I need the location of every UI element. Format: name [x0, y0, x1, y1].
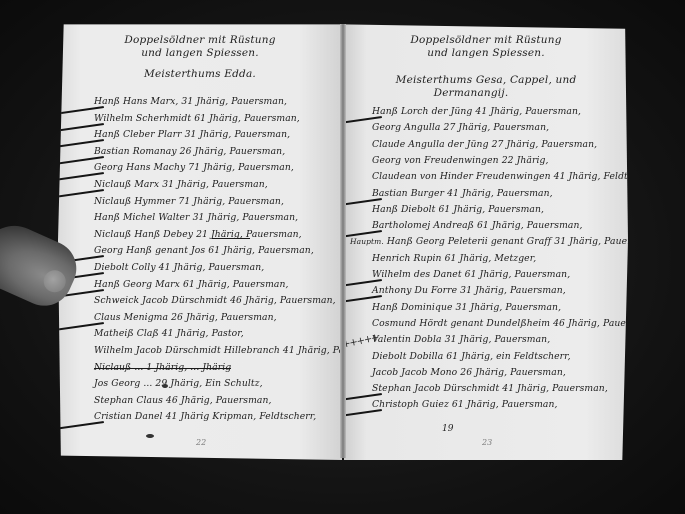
roll-entry: Stephan Jacob Dürschmidt 41 Jhärig, Paue… [372, 383, 608, 400]
entry-text: Georg Angulla 27 Jhärig, Pauersman, [372, 122, 549, 133]
entry-text: Diebolt Colly 41 Jhärig, Pauersman, [94, 262, 264, 273]
right-folio-mark: 23 [482, 438, 492, 447]
roll-entry: Georg Angulla 27 Jhärig, Pauersman, [372, 122, 549, 139]
roll-entry: Matheiß Claß 41 Jhärig, Pastor, [94, 328, 244, 345]
roll-entry: Jacob Jacob Mono 26 Jhärig, Pauersman, [372, 367, 566, 384]
entry-text: Claude Angulla der Jüng 27 Jhärig, Pauer… [372, 139, 597, 150]
entry-text: Anthony Du Forre 31 Jhärig, Pauersman, [372, 285, 566, 296]
entry-text: Bastian Romanay 26 Jhärig, Pauersman, [94, 146, 285, 157]
entry-text: Hanß Hans Marx, 31 Jhärig, Pauersman, [94, 96, 287, 107]
roll-entry: Diebolt Dobilla 61 Jhärig, ein Feldtsche… [372, 351, 571, 368]
roll-entry: Hanß Georg Marx 61 Jhärig, Pauersman, [94, 279, 289, 296]
roll-entry: Georg Hans Machy 71 Jhärig, Pauersman, [94, 162, 294, 179]
entry-text: Jacob Jacob Mono 26 Jhärig, Pauersman, [372, 367, 566, 378]
roll-entry: Anthony Du Forre 31 Jhärig, Pauersman, [372, 285, 566, 302]
entry-text: Hanß Diebolt 61 Jhärig, Pauersman, [372, 204, 544, 215]
roll-entry: Niclauß ... 1 Jhärig, ... Jhärig [94, 362, 231, 379]
entry-text: Christoph Guiez 61 Jhärig, Pauersman, [372, 399, 558, 410]
entry-text: Cristian Danel 41 Jhärig Kripman, Feldts… [94, 411, 316, 422]
roll-entry: Hanß Michel Walter 31 Jhärig, Pauersman, [94, 212, 298, 229]
entry-prefix: Hauptm. [350, 237, 384, 246]
entry-text: Schweick Jacob Dürschmidt 46 Jhärig, Pau… [94, 295, 336, 306]
entry-text: Valentin Dobla 31 Jhärig, Pauersman, [372, 334, 550, 345]
roll-entry: Claus Menigma 26 Jhärig, Pauersman, [94, 312, 277, 329]
entry-text: Niclauß Hanß Debey 21 Jhärig, Pauersman, [94, 229, 302, 240]
roll-entry: Christoph Guiez 61 Jhärig, Pauersman, [372, 399, 558, 416]
ink-blot [146, 434, 154, 438]
book-gutter [340, 24, 346, 458]
entry-text: Hanß Georg Peleterii genant Graff 31 Jhä… [387, 236, 628, 247]
roll-entry: Bastian Romanay 26 Jhärig, Pauersman, [94, 146, 285, 163]
roll-entry: Wilhelm des Danet 61 Jhärig, Pauersman, [372, 269, 570, 286]
entry-text: Niclauß ... 1 Jhärig, ... Jhärig [94, 362, 231, 373]
roll-entry: Cosmund Hördt genant Dundelßheim 46 Jhär… [372, 318, 628, 335]
roll-entry: Niclauß Hymmer 71 Jhärig, Pauersman, [94, 196, 284, 213]
entry-text: Jos Georg ... 29 Jhärig, Ein Schultz, [94, 378, 263, 389]
roll-entry: Diebolt Colly 41 Jhärig, Pauersman, [94, 262, 264, 279]
entry-text: Claudean von Hinder Freudenwingen 41 Jhä… [372, 171, 628, 182]
roll-entry: Schweick Jacob Dürschmidt 46 Jhärig, Pau… [94, 295, 336, 312]
roll-entry: Henrich Rupin 61 Jhärig, Metzger, [372, 253, 536, 270]
entry-text: Georg von Freudenwingen 22 Jhärig, [372, 155, 549, 166]
roll-entry: Niclauß Hanß Debey 21 Jhärig, Pauersman, [94, 229, 302, 246]
entry-text: Claus Menigma 26 Jhärig, Pauersman, [94, 312, 277, 323]
roll-entry: Hanß Cleber Plarr 31 Jhärig, Pauersman, [94, 129, 290, 146]
left-page: Doppelsöldner mit Rüstung und langen Spi… [58, 20, 342, 460]
entry-text: Hanß Dominique 31 Jhärig, Pauersman, [372, 302, 561, 313]
entry-text: Bartholomej Andreaß 61 Jhärig, Pauersman… [372, 220, 583, 231]
roll-entry: Wilhelm Scherhmidt 61 Jhärig, Pauersman, [94, 113, 300, 130]
roll-entry: Stephan Claus 46 Jhärig, Pauersman, [94, 395, 272, 412]
entry-text: Stephan Jacob Dürschmidt 41 Jhärig, Paue… [372, 383, 608, 394]
entry-text: Henrich Rupin 61 Jhärig, Metzger, [372, 253, 536, 264]
roll-entry: Cristian Danel 41 Jhärig Kripman, Feldts… [94, 411, 316, 428]
entry-text: Hanß Cleber Plarr 31 Jhärig, Pauersman, [94, 129, 290, 140]
entry-text: Georg Hanß genant Jos 61 Jhärig, Pauersm… [94, 245, 314, 256]
roll-entry: Georg Hanß genant Jos 61 Jhärig, Pauersm… [94, 245, 314, 262]
roll-entry: Valentin Dobla 31 Jhärig, Pauersman, [372, 334, 550, 351]
entry-text: Hanß Michel Walter 31 Jhärig, Pauersman, [94, 212, 298, 223]
entry-text: Hanß Georg Marx 61 Jhärig, Pauersman, [94, 279, 289, 290]
entry-text: Bastian Burger 41 Jhärig, Pauersman, [372, 188, 553, 199]
entry-text: Wilhelm Scherhmidt 61 Jhärig, Pauersman, [94, 113, 300, 124]
roll-entry: Georg von Freudenwingen 22 Jhärig, [372, 155, 549, 172]
roll-entry: Hanß Lorch der Jüng 41 Jhärig, Pauersman… [372, 106, 581, 123]
roll-entry: Jos Georg ... 29 Jhärig, Ein Schultz, [94, 378, 263, 395]
entry-text: Diebolt Dobilla 61 Jhärig, ein Feldtsche… [372, 351, 571, 362]
strike-through [212, 238, 250, 239]
manuscript-spread: Doppelsöldner mit Rüstung und langen Spi… [58, 20, 628, 460]
entry-text: Cosmund Hördt genant Dundelßheim 46 Jhär… [372, 318, 628, 329]
roll-entry: Hanß Hans Marx, 31 Jhärig, Pauersman, [94, 96, 287, 113]
ink-blot [162, 384, 168, 388]
leaf-number: 19 [442, 424, 453, 434]
entry-text: Wilhelm Jacob Dürschmidt Hillebranch 41 … [94, 345, 342, 356]
entry-text: Wilhelm des Danet 61 Jhärig, Pauersman, [372, 269, 570, 280]
entry-text: Stephan Claus 46 Jhärig, Pauersman, [94, 395, 272, 406]
roll-entry: Hauptm.Hanß Georg Peleterii genant Graff… [372, 236, 628, 253]
roll-entry: Hanß Dominique 31 Jhärig, Pauersman, [372, 302, 561, 319]
left-folio-mark: 22 [196, 438, 206, 447]
fingernail [40, 267, 69, 296]
left-entry-list: Hanß Hans Marx, 31 Jhärig, Pauersman,Wil… [58, 20, 342, 460]
right-page: Doppelsöldner mit Rüstung und langen Spi… [344, 20, 628, 460]
roll-entry: Bastian Burger 41 Jhärig, Pauersman, [372, 188, 553, 205]
roll-entry: Niclauß Marx 31 Jhärig, Pauersman, [94, 179, 268, 196]
entry-text: Hanß Lorch der Jüng 41 Jhärig, Pauersman… [372, 106, 581, 117]
entry-text: Matheiß Claß 41 Jhärig, Pastor, [94, 328, 244, 339]
roll-entry: Bartholomej Andreaß 61 Jhärig, Pauersman… [372, 220, 583, 237]
roll-entry: Hanß Diebolt 61 Jhärig, Pauersman, [372, 204, 544, 221]
right-entry-list: Hanß Lorch der Jüng 41 Jhärig, Pauersman… [344, 20, 628, 460]
roll-entry: Claudean von Hinder Freudenwingen 41 Jhä… [372, 171, 628, 188]
roll-entry: Wilhelm Jacob Dürschmidt Hillebranch 41 … [94, 345, 342, 362]
entry-text: Niclauß Marx 31 Jhärig, Pauersman, [94, 179, 268, 190]
entry-text: Niclauß Hymmer 71 Jhärig, Pauersman, [94, 196, 284, 207]
entry-text: Georg Hans Machy 71 Jhärig, Pauersman, [94, 162, 294, 173]
roll-entry: Claude Angulla der Jüng 27 Jhärig, Pauer… [372, 139, 597, 156]
